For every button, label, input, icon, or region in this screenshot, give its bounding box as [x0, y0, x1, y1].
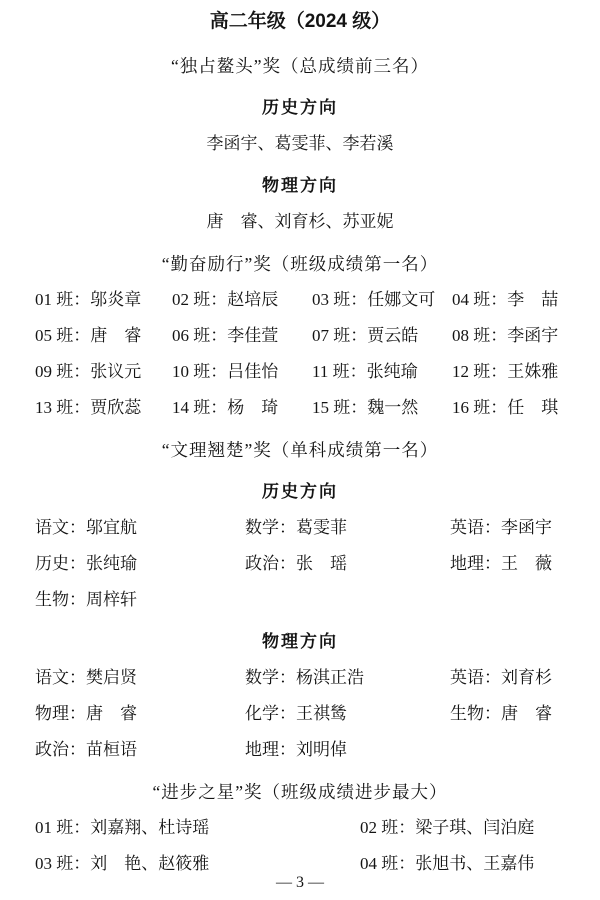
award4-heading: “进步之星”奖（班级成绩进步最大）	[35, 774, 565, 810]
subject-winner: 地理：刘明倬	[245, 732, 450, 768]
subject-winner: 化学：王祺鸶	[245, 696, 450, 732]
class-winner: 16 班：任 琪	[452, 390, 565, 426]
award1-heading: “独占鳌头”奖（总成绩前三名）	[35, 48, 565, 84]
subject-winner: 数学：葛雯菲	[245, 510, 450, 546]
class-winner: 14 班：杨 琦	[172, 390, 312, 426]
subject-winner: 政治：张 瑶	[245, 546, 450, 582]
subject-winner: 英语：刘育杉	[450, 660, 565, 696]
subject-winner: 数学：杨淇正浩	[245, 660, 450, 696]
award3-physics-row: 语文：樊启贤 数学：杨淇正浩 英语：刘育杉	[35, 660, 565, 696]
subject-winner: 语文：樊启贤	[35, 660, 245, 696]
award1-physics-label: 物理方向	[35, 168, 565, 204]
award1-physics-names: 唐 睿、刘育杉、苏亚妮	[35, 204, 565, 240]
award3-physics-row: 政治：苗桓语 地理：刘明倬	[35, 732, 565, 768]
page-number: — 3 —	[0, 874, 600, 892]
award2-row: 09 班：张议元 10 班：吕佳怡 11 班：张纯瑜 12 班：王姝雅	[35, 354, 565, 390]
award3-history-row: 语文：邬宜航 数学：葛雯菲 英语：李函宇	[35, 510, 565, 546]
class-winner: 10 班：吕佳怡	[172, 354, 312, 390]
award1-history-label: 历史方向	[35, 90, 565, 126]
subject-winner: 语文：邬宜航	[35, 510, 245, 546]
progress-winner: 01 班：刘嘉翔、杜诗瑶	[35, 810, 360, 846]
progress-winner: 02 班：梁子琪、闫泊庭	[360, 810, 565, 846]
class-winner: 01 班：邬炎章	[35, 282, 172, 318]
award4-row: 01 班：刘嘉翔、杜诗瑶 02 班：梁子琪、闫泊庭	[35, 810, 565, 846]
subject-winner: 地理：王 薇	[450, 546, 565, 582]
award2-heading: “勤奋励行”奖（班级成绩第一名）	[35, 246, 565, 282]
award3-heading: “文理翘楚”奖（单科成绩第一名）	[35, 432, 565, 468]
class-winner: 08 班：李函宇	[452, 318, 565, 354]
award3-physics-label: 物理方向	[35, 624, 565, 660]
class-winner: 09 班：张议元	[35, 354, 172, 390]
award2-row: 01 班：邬炎章 02 班：赵培辰 03 班：任娜文可 04 班：李 喆	[35, 282, 565, 318]
award2-row: 05 班：唐 睿 06 班：李佳萱 07 班：贾云皓 08 班：李函宇	[35, 318, 565, 354]
page-title: 高二年级（2024 级）	[35, 2, 565, 42]
class-winner: 15 班：魏一然	[312, 390, 452, 426]
class-winner: 07 班：贾云皓	[312, 318, 452, 354]
subject-winner: 生物：周梓轩	[35, 582, 245, 618]
class-winner: 12 班：王姝雅	[452, 354, 565, 390]
document-content: 高二年级（2024 级） “独占鳌头”奖（总成绩前三名） 历史方向 李函宇、葛雯…	[0, 0, 600, 882]
subject-winner: 英语：李函宇	[450, 510, 565, 546]
subject-winner: 物理：唐 睿	[35, 696, 245, 732]
class-winner: 04 班：李 喆	[452, 282, 565, 318]
award3-physics-row: 物理：唐 睿 化学：王祺鸶 生物：唐 睿	[35, 696, 565, 732]
subject-winner: 政治：苗桓语	[35, 732, 245, 768]
award2-row: 13 班：贾欣蕊 14 班：杨 琦 15 班：魏一然 16 班：任 琪	[35, 390, 565, 426]
class-winner: 13 班：贾欣蕊	[35, 390, 172, 426]
class-winner: 11 班：张纯瑜	[312, 354, 452, 390]
award1-history-names: 李函宇、葛雯菲、李若溪	[35, 126, 565, 162]
award3-history-row: 生物：周梓轩	[35, 582, 565, 618]
class-winner: 02 班：赵培辰	[172, 282, 312, 318]
class-winner: 03 班：任娜文可	[312, 282, 452, 318]
class-winner: 05 班：唐 睿	[35, 318, 172, 354]
class-winner: 06 班：李佳萱	[172, 318, 312, 354]
subject-winner: 生物：唐 睿	[450, 696, 565, 732]
subject-winner: 历史：张纯瑜	[35, 546, 245, 582]
award3-history-row: 历史：张纯瑜 政治：张 瑶 地理：王 薇	[35, 546, 565, 582]
award3-history-label: 历史方向	[35, 474, 565, 510]
document-page: 高二年级（2024 级） “独占鳌头”奖（总成绩前三名） 历史方向 李函宇、葛雯…	[0, 0, 600, 900]
